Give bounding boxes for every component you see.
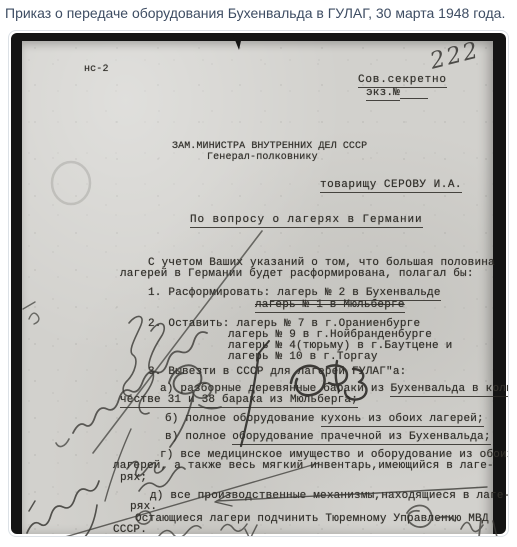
document-photo[interactable]: нс-2 Сов.секретно экз.№ ЗАМ.МИНИСТРА ВНУ… xyxy=(8,30,509,537)
doc-item2-label: 2. Оставить: xyxy=(148,318,230,330)
doc-sub-d-line2: рях. xyxy=(130,502,157,513)
doc-sub-v: в) полноеоборудование прачечной из Бухен… xyxy=(165,432,491,443)
doc-recipient-name: товарищу СЕРОВУ И.А. xyxy=(320,179,462,193)
doc-subject-text: По вопросу о лагерях в Германии xyxy=(190,214,423,228)
doc-recipient-line1: ЗАМ.МИНИСТРА ВНУТРЕННИХ ДЕЛ СССР xyxy=(172,141,367,152)
doc-sub-a-underlined: Бухенвальда в коли- xyxy=(390,383,509,397)
doc-intro-line2: лагерей в Германии будет расформирована,… xyxy=(120,269,474,280)
doc-item1-camp2: лагерь № 1 в Мюльберге xyxy=(255,299,405,313)
post-title[interactable]: Приказ о передаче оборудования Бухенваль… xyxy=(5,4,512,22)
doc-closing-line2: СССР. xyxy=(113,525,147,536)
doc-sub-b: б) полное оборудованиекухонь из обоих ла… xyxy=(165,414,484,425)
doc-copy-line: экз.№ xyxy=(366,88,428,99)
doc-item1-line2: лагерь № 1 в Мюльберге xyxy=(255,300,405,311)
doc-recipient-line2: Генерал-полковнику xyxy=(207,152,318,163)
doc-item1-line1: 1. Расформировать:лагерь № 2 в Бухенваль… xyxy=(148,288,441,299)
doc-subject: По вопросу о лагерях в Германии xyxy=(190,215,423,226)
doc-item3: 3. Вывезти в СССР для лагерей ГУЛАГ"а: xyxy=(148,367,406,378)
copy-number-blank xyxy=(400,89,428,99)
doc-secrecy-text: Сов.секретно xyxy=(358,74,447,88)
doc-sub-v-plain: в) полное xyxy=(165,431,226,443)
doc-sub-a-line2: честве 31 и 38 барака из Мюльберга; xyxy=(120,395,358,406)
doc-sub-d-line1: д) все производственные механизмы,находя… xyxy=(150,491,509,502)
doc-recipient-line3: товарищу СЕРОВУ И.А. xyxy=(320,180,462,191)
doc-item2-line4: лагерь № 10 в г.Торгау xyxy=(228,352,378,363)
doc-sub-a-line2-text: честве 31 и 38 барака из Мюльберга; xyxy=(120,394,358,408)
doc-file-code: нс-2 xyxy=(84,64,109,75)
doc-sub-g-line3: рях; xyxy=(120,473,147,484)
doc-sub-b-plain: б) полное оборудование xyxy=(165,413,315,425)
doc-closing-line1: Остающиеся лагери подчинить Тюремному Уп… xyxy=(135,514,489,525)
doc-sub-g-line2: лагерей, а также весь мягкий инвентарь,и… xyxy=(113,461,494,472)
doc-sub-b-underlined: кухонь из обоих лагерей; xyxy=(321,413,484,427)
doc-sub-v-underlined: оборудование прачечной из Бухенвальда; xyxy=(232,431,490,445)
doc-secrecy-stamp: Сов.секретно xyxy=(358,75,447,86)
doc-item1-label: 1. Расформировать: xyxy=(148,287,270,299)
doc-copy-label: экз.№ xyxy=(366,87,400,101)
